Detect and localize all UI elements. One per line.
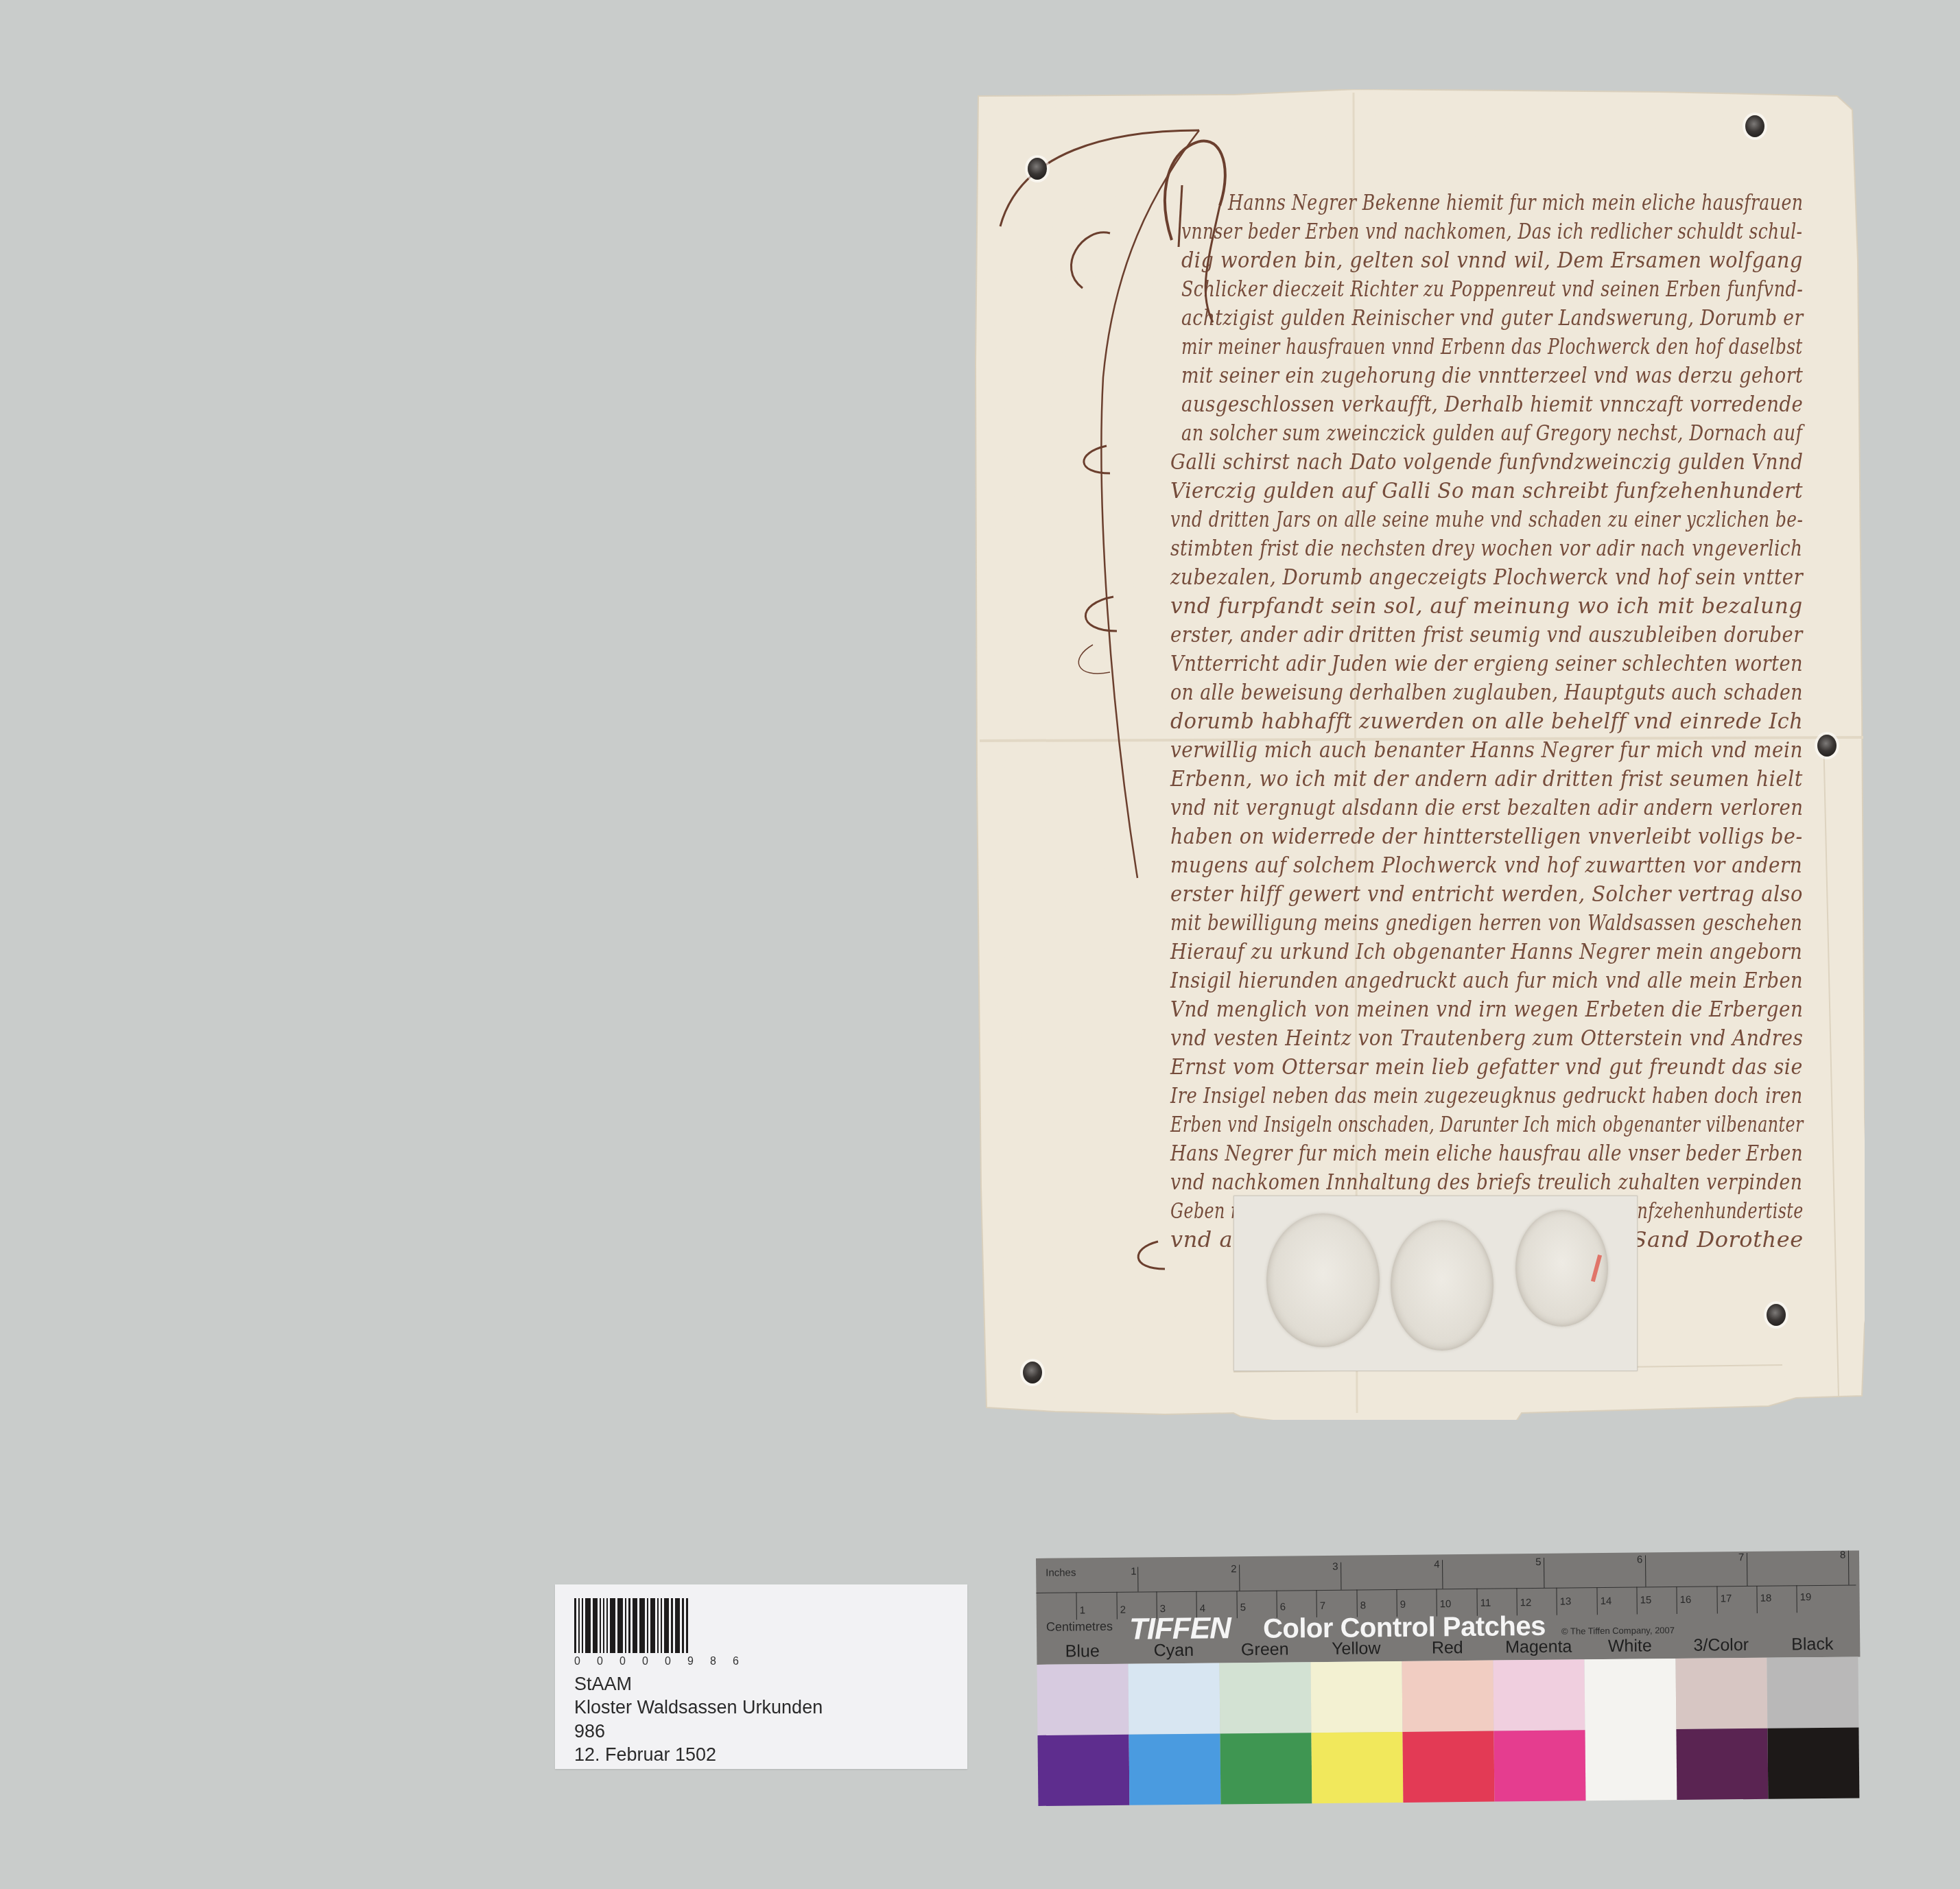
ruler-tick (1596, 1587, 1597, 1615)
ruler-tick (1796, 1585, 1797, 1613)
ruler-tick (1544, 1558, 1544, 1588)
text-line: an solcher sum zweinczick gulden auf Gre… (1181, 421, 1802, 446)
cm-tick-label: 8 (1360, 1600, 1367, 1611)
barcode-digit: 0 (665, 1656, 671, 1668)
punch-hole (1767, 1304, 1786, 1326)
text-line: vnd nit vergnugt alsdann die erst bezalt… (1170, 796, 1804, 820)
patch-black-dark (1767, 1727, 1859, 1798)
chart-header: Inches 1 2 3 4 5 6 7 8 1 2 3 4 5 6 7 8 (1036, 1550, 1860, 1665)
chart-copyright: © The Tiffen Company, 2007 (1561, 1625, 1675, 1637)
patch-blue-light (1037, 1664, 1129, 1735)
ruler-tick (1848, 1551, 1849, 1585)
wax-seal (1266, 1213, 1380, 1347)
ruler-line (1036, 1585, 1856, 1593)
ruler-tick (1076, 1592, 1076, 1619)
patch-label-magenta: Magenta (1493, 1637, 1584, 1657)
text-line: mit seiner ein zugehorung die vnntterzee… (1181, 364, 1803, 388)
patch-yellow-light (1310, 1661, 1402, 1733)
patch-cyan-light (1128, 1663, 1220, 1734)
text-line: vnd dritten Jars on alle seine muhe vnd … (1170, 508, 1803, 532)
punch-hole (1817, 735, 1837, 757)
punch-hole (1745, 115, 1764, 137)
ruler-tick (1236, 1591, 1237, 1618)
cm-tick-label: 1 (1080, 1604, 1086, 1616)
patch-blue-dark (1037, 1735, 1129, 1806)
barcode-digit: 0 (642, 1656, 648, 1668)
inch-tick-label: 4 (1434, 1558, 1440, 1570)
patch-black-light (1767, 1657, 1858, 1728)
archive-name: StAAM (574, 1675, 632, 1694)
text-line: erster, ander adir dritten frist seumig … (1170, 623, 1803, 648)
cm-tick-label: 11 (1480, 1597, 1491, 1609)
inch-tick-label: 5 (1535, 1556, 1542, 1568)
text-line: Ire Insigel neben das mein zugezeugknus … (1170, 1084, 1803, 1108)
ruler-tick (1341, 1563, 1341, 1590)
cm-tick-label: 2 (1120, 1604, 1126, 1616)
cm-tick-label: 5 (1240, 1602, 1247, 1613)
ruler-tick (1756, 1586, 1757, 1613)
barcode-digit: 8 (710, 1656, 716, 1668)
ruler-tick (1137, 1567, 1138, 1592)
ruler-tick (1116, 1592, 1117, 1619)
cm-tick-label: 16 (1680, 1594, 1692, 1606)
cm-tick-label: 14 (1601, 1595, 1612, 1607)
patch-red-dark (1402, 1731, 1494, 1803)
inch-tick-label: 7 (1738, 1552, 1745, 1563)
cm-tick-label: 6 (1280, 1602, 1286, 1613)
text-line: on alle beweisung derhalben zuglauben, H… (1170, 680, 1803, 705)
patch-label-yellow: Yellow (1310, 1639, 1402, 1659)
barcode-digit: 9 (687, 1656, 694, 1668)
cm-tick-label: 9 (1400, 1599, 1406, 1611)
text-line: Erbenn, wo ich mit der andern adir dritt… (1170, 767, 1803, 792)
barcode-digit: 0 (574, 1656, 580, 1668)
text-line: vnd vesten Heintz von Trautenberg zum Ot… (1170, 1026, 1803, 1051)
ruler-tick (1676, 1587, 1677, 1614)
barcode-number: 0 0 0 0 0 9 8 6 (574, 1656, 739, 1668)
text-line: mugens auf solchem Plochwerck vnd hof zu… (1170, 853, 1802, 878)
inch-tick-label: 1 (1131, 1566, 1137, 1578)
punch-hole (1023, 1362, 1042, 1383)
patch-cyan-dark (1129, 1733, 1220, 1805)
cm-tick-label: 17 (1721, 1593, 1732, 1604)
patch-red-light (1402, 1661, 1493, 1732)
cm-tick-label: 15 (1640, 1594, 1652, 1606)
text-line: Hanns Negrer Bekenne hiemit fur mich mei… (1228, 191, 1803, 215)
text-line: Vntterricht adir Juden wie der ergieng s… (1170, 652, 1803, 676)
ruler-tick (1716, 1586, 1717, 1613)
text-line: vnd furpfandt sein sol, auf meinung wo i… (1170, 594, 1803, 619)
ruler-tick (1442, 1560, 1443, 1589)
text-line: Insigil hierunden angedruckt auch fur mi… (1170, 969, 1803, 993)
charter-document: Hanns Negrer Bekenne hiemit fur mich mei… (973, 89, 1865, 1420)
patch-white (1584, 1659, 1677, 1801)
patch-label-black: Black (1767, 1635, 1858, 1655)
text-line: zubezalen, Dorumb angeczeigts Plochwerck… (1170, 565, 1803, 590)
text-line: haben on widerrede der hintterstelligen … (1170, 824, 1803, 849)
text-line: achtzigist gulden Reinischer vnd guter L… (1181, 306, 1804, 331)
ruler-tick (1747, 1553, 1747, 1586)
text-line: mit bewilligung meins gnedigen herren vo… (1170, 911, 1802, 936)
color-control-chart: Inches 1 2 3 4 5 6 7 8 1 2 3 4 5 6 7 8 (1036, 1550, 1861, 1811)
cm-tick-label: 19 (1800, 1591, 1812, 1603)
text-line: stimbten frist die nechsten drey wochen … (1170, 536, 1803, 561)
ruler-tick (1556, 1588, 1557, 1615)
patch-magenta-light (1493, 1659, 1585, 1731)
patch-label-cyan: Cyan (1128, 1640, 1219, 1661)
cm-tick-label: 18 (1760, 1593, 1772, 1604)
cm-tick-label: 10 (1440, 1598, 1452, 1610)
document-number: 986 (574, 1722, 605, 1741)
inch-tick-label: 3 (1332, 1561, 1338, 1573)
text-line: vnnser beder Erben vnd nachkomen, Das ic… (1181, 219, 1802, 244)
patch-3color-dark (1676, 1728, 1768, 1800)
text-line: Galli schirst nach Dato volgende funfvnd… (1170, 450, 1803, 475)
barcode-digit: 6 (733, 1656, 739, 1668)
text-line: erster hilff gewert vnd entricht werden,… (1170, 882, 1803, 907)
text-line: dig worden bin, gelten sol vnnd wil, Dem… (1181, 248, 1803, 273)
punch-hole (1028, 158, 1047, 180)
text-line: Erben vnd Insigeln onschaden, Darunter I… (1170, 1113, 1804, 1137)
cm-tick-label: 7 (1320, 1600, 1326, 1612)
patch-3color-light (1675, 1658, 1767, 1729)
archive-label: 0 0 0 0 0 9 8 6 StAAM Kloster Waldsassen… (555, 1584, 967, 1769)
collection-name: Kloster Waldsassen Urkunden (574, 1698, 823, 1717)
text-line: verwillig mich auch benanter Hanns Negre… (1170, 738, 1803, 763)
patch-green-light (1219, 1662, 1311, 1733)
inches-label: Inches (1046, 1567, 1076, 1578)
patch-label-white: White (1584, 1636, 1675, 1656)
text-line: vnd nachkomen Innhaltung des briefs treu… (1170, 1170, 1802, 1195)
seal-cover-paper (1233, 1196, 1638, 1371)
text-line: Hans Negrer fur mich mein eliche hausfra… (1170, 1141, 1803, 1166)
text-line: Hierauf zu urkund Ich obgenanter Hanns N… (1170, 940, 1802, 964)
patch-green-dark (1220, 1733, 1312, 1804)
wax-seal (1391, 1220, 1493, 1351)
text-line: ausgeschlossen verkaufft, Derhalb hiemit… (1181, 392, 1803, 417)
barcode-digit: 0 (597, 1656, 603, 1668)
patch-label-red: Red (1402, 1638, 1493, 1659)
inch-tick-label: 6 (1637, 1554, 1643, 1566)
patch-label-green: Green (1219, 1639, 1310, 1660)
cm-tick-label: 13 (1560, 1596, 1572, 1608)
inch-tick-label: 2 (1231, 1563, 1237, 1575)
barcode (574, 1598, 735, 1653)
barcode-digit: 0 (619, 1656, 626, 1668)
text-line: Vierczig gulden auf Galli So man schreib… (1170, 479, 1803, 503)
ruler-tick (1636, 1587, 1637, 1615)
patch-label-3color: 3/Color (1675, 1635, 1767, 1656)
text-line: Ernst vom Ottersar mein lieb gefatter vn… (1170, 1055, 1803, 1080)
text-line: dorumb habhafft zuwerden on alle behelff… (1170, 709, 1803, 734)
text-line: Schlicker dieczeit Richter zu Poppenreut… (1181, 277, 1803, 302)
ruler-tick (1239, 1565, 1240, 1591)
text-line: mir meiner hausfrauen vnnd Erbenn das Pl… (1181, 335, 1803, 359)
document-date: 12. Februar 1502 (574, 1746, 716, 1764)
cm-tick-label: 12 (1520, 1597, 1532, 1608)
patch-yellow-dark (1311, 1732, 1403, 1803)
text-line: Vnd menglich von meinen vnd irn wegen Er… (1170, 997, 1803, 1022)
ruler-tick (1645, 1555, 1646, 1587)
inch-tick-label: 8 (1840, 1549, 1846, 1561)
centimetres-label: Centimetres (1046, 1619, 1113, 1635)
patch-magenta-dark (1493, 1730, 1585, 1801)
patch-label-blue: Blue (1037, 1641, 1128, 1662)
